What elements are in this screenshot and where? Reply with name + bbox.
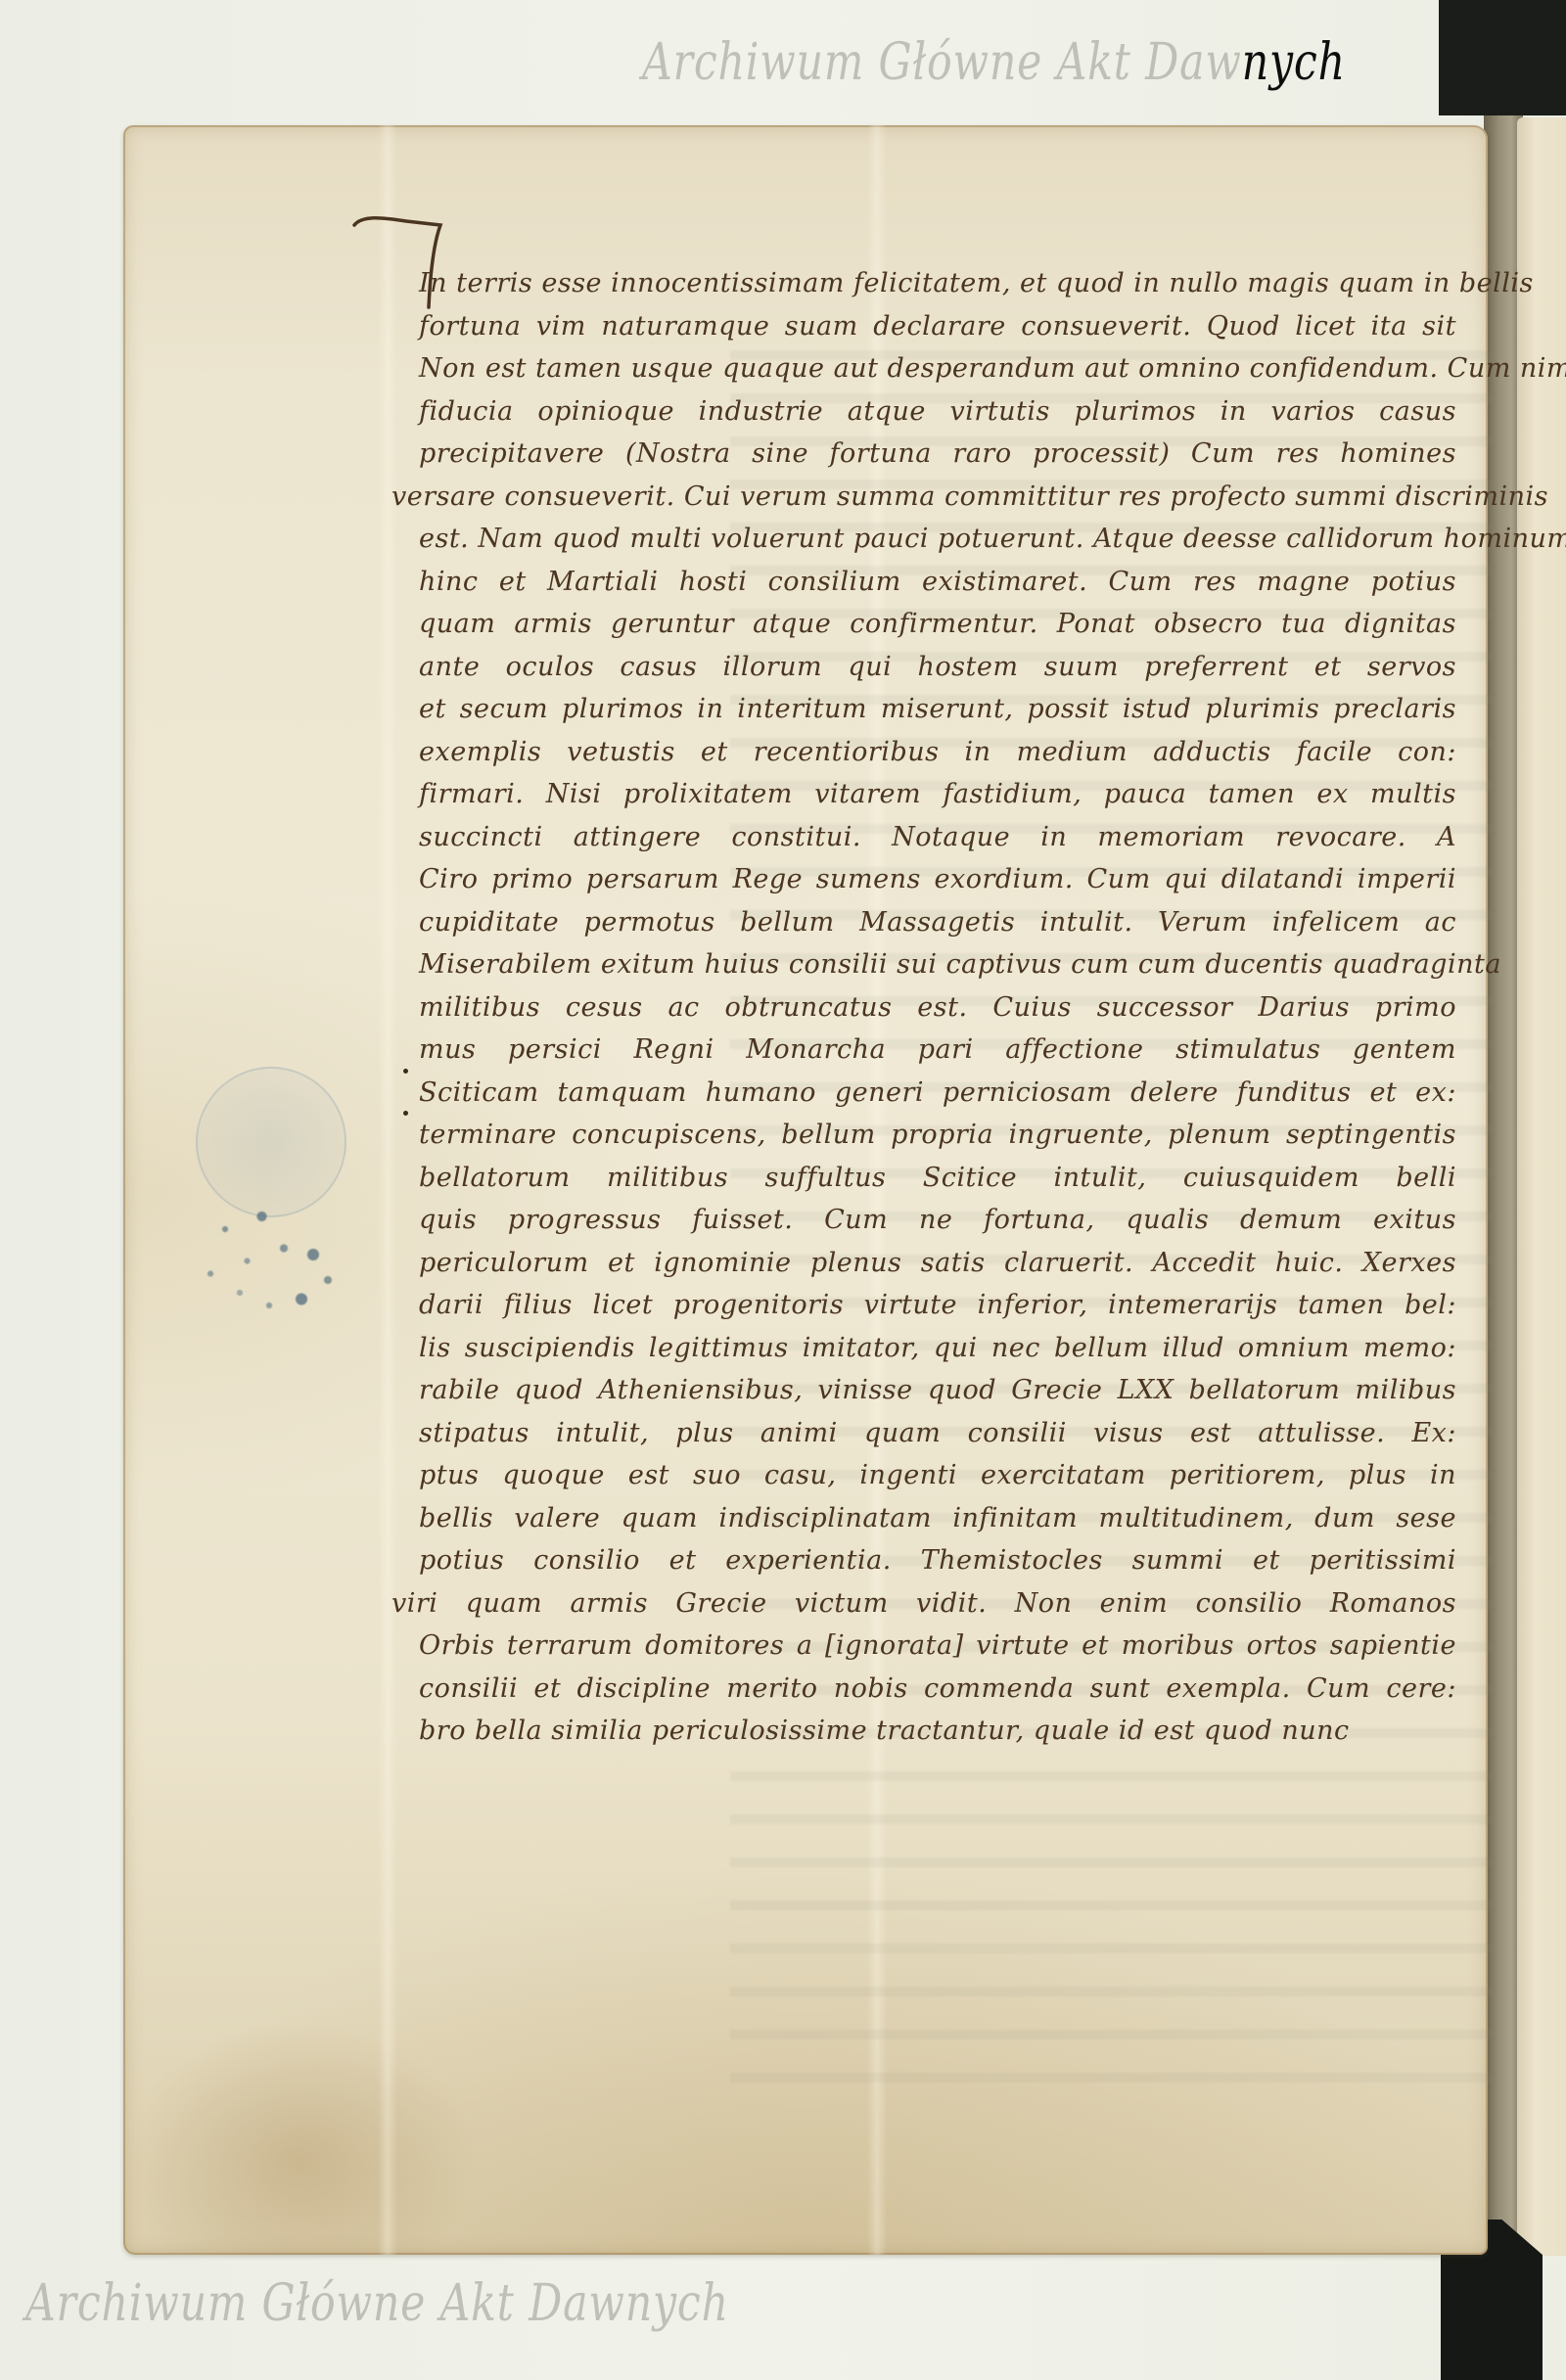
- text-line: bro bella similia periculosissime tracta…: [419, 1710, 1456, 1753]
- watermark-text: Archiwum Główne Akt Daw: [642, 33, 1242, 92]
- text-line: exemplis vetustis et recentioribus in me…: [419, 731, 1456, 774]
- text-line: darii filius licet progenitoris virtute …: [419, 1284, 1456, 1327]
- text-line: terminare concupiscens, bellum propria i…: [419, 1114, 1456, 1157]
- text-line: cupiditate permotus bellum Massagetis in…: [419, 901, 1456, 944]
- text-line: ante oculos casus illorum qui hostem suu…: [419, 646, 1456, 689]
- paper-fold: [378, 125, 397, 2255]
- text-line: mus persici Regni Monarcha pari affectio…: [419, 1029, 1456, 1072]
- manuscript-text: In terris esse innocentissimam felicitat…: [419, 262, 1456, 1753]
- text-line: versare consueverit. Cui verum summa com…: [391, 476, 1456, 519]
- text-line: hinc et Martiali hosti consilium existim…: [419, 561, 1456, 604]
- margin-mark: [403, 1111, 408, 1116]
- text-line: quam armis geruntur atque confirmentur. …: [419, 603, 1456, 646]
- text-line: lis suscipiendis legittimus imitator, qu…: [419, 1327, 1456, 1370]
- watermark-top: Archiwum Główne Akt Dawnych: [642, 33, 1346, 92]
- text-line: stipatus intulit, plus animi quam consil…: [419, 1412, 1456, 1455]
- text-line: potius consilio et experientia. Themisto…: [419, 1539, 1456, 1582]
- text-line: succincti attingere constitui. Notaque i…: [419, 816, 1456, 859]
- text-line: militibus cesus ac obtruncatus est. Cuiu…: [419, 986, 1456, 1030]
- text-line: firmari. Nisi prolixitatem vitarem fasti…: [419, 773, 1456, 816]
- text-line: fiducia opinioque industrie atque virtut…: [419, 390, 1456, 434]
- text-line: et secum plurimos in interitum miserunt,…: [419, 688, 1456, 731]
- watermark-bottom: Archiwum Główne Akt Dawnych: [25, 2274, 729, 2333]
- archive-stamp: [196, 1067, 346, 1217]
- text-line: Orbis terrarum domitores a [ignorata] vi…: [419, 1625, 1456, 1668]
- text-line: bellatorum militibus suffultus Scitice i…: [419, 1157, 1456, 1200]
- text-line: Sciticam tamquam humano generi pernicios…: [419, 1072, 1456, 1115]
- text-line: est. Nam quod multi voluerunt pauci potu…: [419, 518, 1456, 561]
- text-line: viri quam armis Grecie victum vidit. Non…: [391, 1582, 1456, 1625]
- text-line: rabile quod Atheniensibus, vinisse quod …: [419, 1369, 1456, 1412]
- margin-mark: [403, 1069, 408, 1074]
- text-line: consilii et discipline merito nobis comm…: [419, 1668, 1456, 1711]
- text-line: fortuna vim naturamque suam declarare co…: [419, 305, 1456, 348]
- binding-strip-top: [1439, 0, 1566, 115]
- text-line: In terris esse innocentissimam felicitat…: [419, 262, 1456, 305]
- watermark-text-overlap: nych: [1242, 33, 1346, 92]
- text-line: Non est tamen usque quaque aut desperand…: [419, 347, 1456, 390]
- text-line: quis progressus fuisset. Cum ne fortuna,…: [419, 1199, 1456, 1242]
- adjacent-page-edge: [1517, 117, 1566, 2256]
- ink-specks: [196, 1204, 343, 1331]
- text-line: periculorum et ignominie plenus satis cl…: [419, 1242, 1456, 1285]
- text-line: Miserabilem exitum huius consilii sui ca…: [419, 943, 1456, 986]
- text-line: bellis valere quam indisciplinatam infin…: [419, 1497, 1456, 1540]
- text-line: Ciro primo persarum Rege sumens exordium…: [419, 858, 1456, 901]
- text-line: precipitavere (Nostra sine fortuna raro …: [419, 433, 1456, 476]
- text-line: ptus quoque est suo casu, ingenti exerci…: [419, 1454, 1456, 1497]
